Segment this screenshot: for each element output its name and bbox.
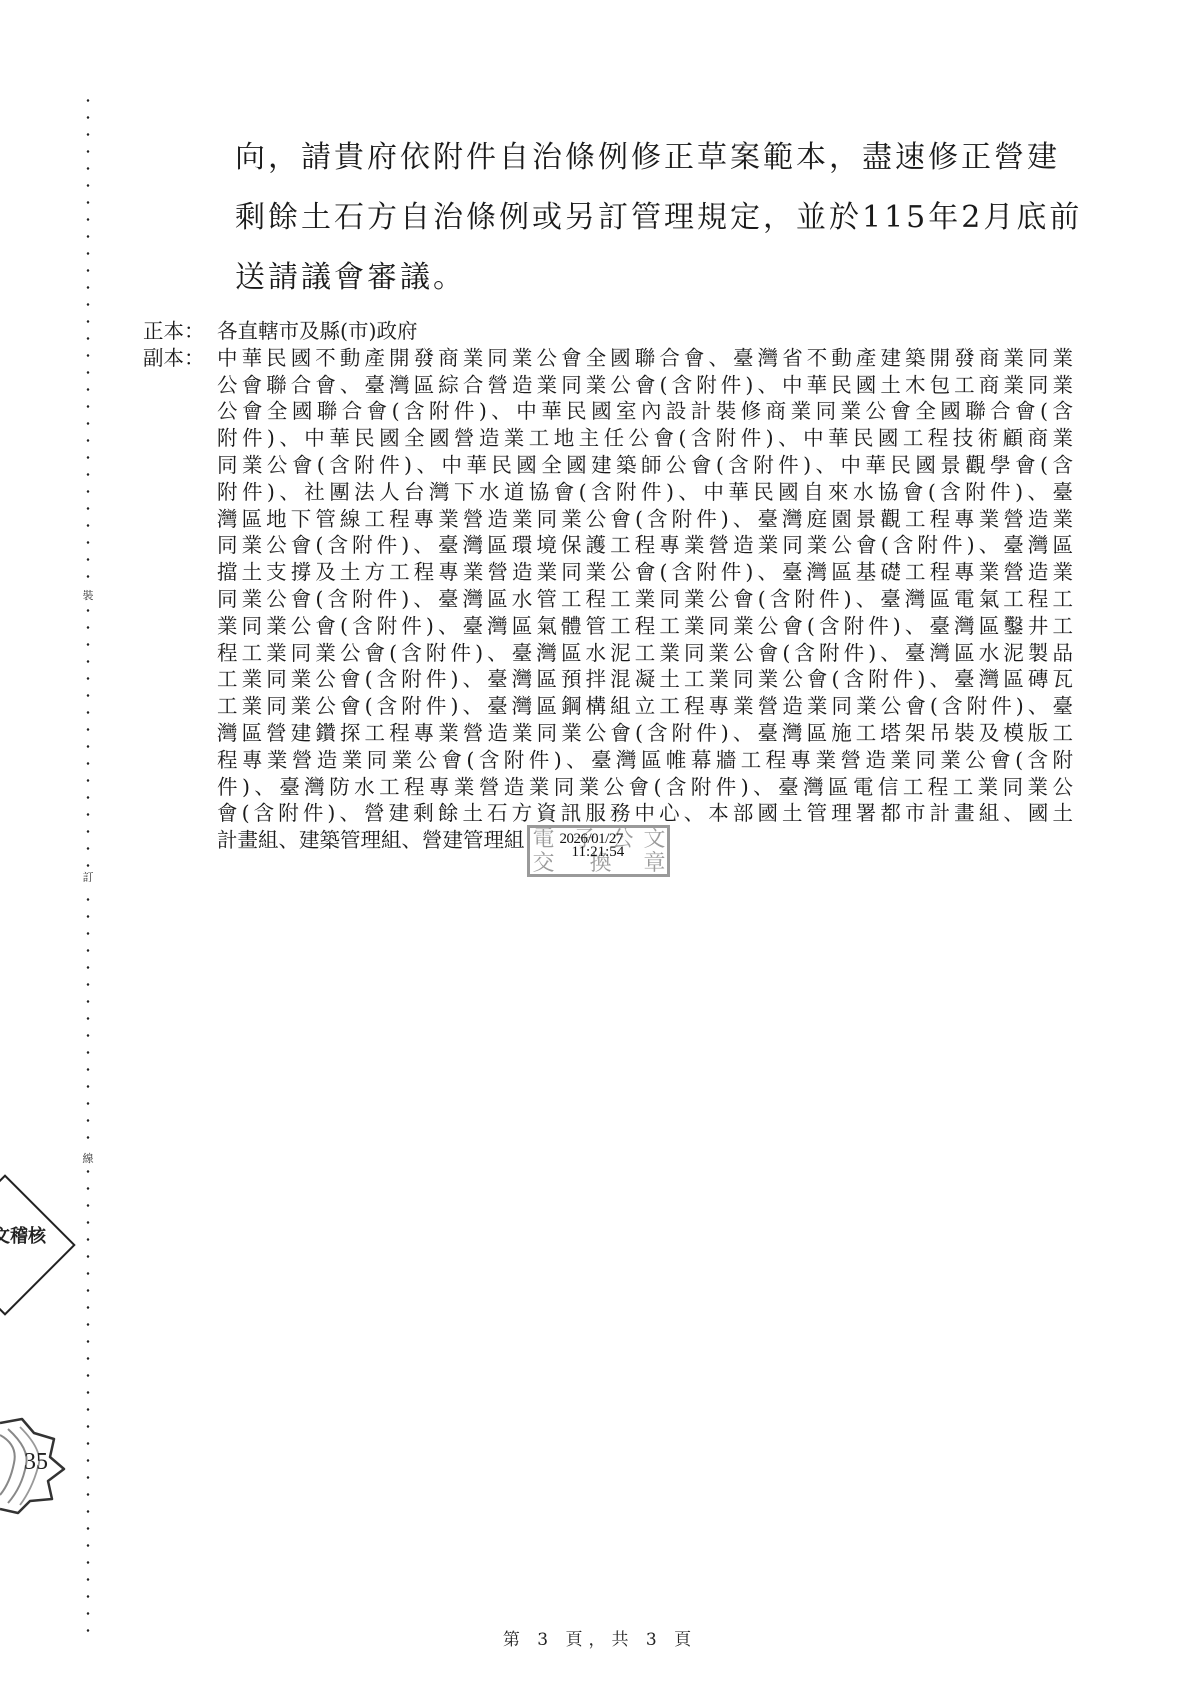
page-count-number: 35 (24, 1449, 48, 1476)
audit-seal-stamp: 公文稽核 (0, 1174, 76, 1315)
copy-recipient-line: 附件)、中華民國全國營造業工地主任公會(含附件)、中華民國工程技術顧商業 (217, 425, 1073, 452)
copy-recipient-line: 灣區營建鑽探工程專業營造業同業公會(含附件)、臺灣區施工塔架吊裝及模版工 (217, 720, 1073, 747)
body-line: 向，請貴府依附件自治條例修正草案範本，盡速修正營建 (235, 128, 1055, 188)
primary-recipient-row: 正本： 各直轄市及縣(市)政府 (143, 318, 1073, 345)
copy-recipient-line: 程工業同業公會(含附件)、臺灣區水泥工業同業公會(含附件)、臺灣區水泥製品 (217, 640, 1073, 667)
copy-recipient-line: 同業公會(含附件)、臺灣區環境保護工程專業營造業同業公會(含附件)、臺灣區 (217, 532, 1073, 559)
copy-recipient-line: 公會聯合會、臺灣區綜合營造業同業公會(含附件)、中華民國土木包工商業同業 (217, 372, 1073, 399)
binding-mark-ding: 訂 (80, 872, 96, 884)
stamp-time: 11:21:54 (572, 845, 625, 860)
copy-recipients-label: 副本： (143, 345, 217, 877)
page-count-seal: 35 (0, 1405, 70, 1515)
binding-mark-zhuang: 裝 (80, 590, 96, 602)
binding-mark-xian: 線 (80, 1153, 96, 1165)
copy-recipient-line: 灣區地下管線工程專業營造業同業公會(含附件)、臺灣庭園景觀工程專業營造業 (217, 506, 1073, 533)
copy-recipients-row: 副本： 中華民國不動產開發商業同業公會全國聯合會、臺灣省不動產建築開發商業同業 … (143, 345, 1073, 877)
copy-recipient-line: 程專業營造業同業公會(含附件)、臺灣區帷幕牆工程專業營造業同業公會(含附 (217, 747, 1073, 774)
copy-recipient-line: 附件)、社團法人台灣下水道協會(含附件)、中華民國自來水協會(含附件)、臺 (217, 479, 1073, 506)
binding-dotted-line (86, 92, 90, 1632)
stamp-char: 電 (533, 829, 555, 851)
audit-seal-text: 公文稽核 (0, 1228, 46, 1246)
body-paragraph: 向，請貴府依附件自治條例修正草案範本，盡速修正營建 剩餘土石方自治條例或另訂管理… (235, 128, 1055, 308)
stamp-char: 交 (533, 853, 555, 875)
copy-recipient-line: 工業同業公會(含附件)、臺灣區預拌混凝土工業同業公會(含附件)、臺灣區磚瓦 (217, 666, 1073, 693)
page-number-footer: 第 3 頁，共 3 頁 (0, 1625, 1200, 1650)
copy-recipient-line: 件)、臺灣防水工程專業營造業同業公會(含附件)、臺灣區電信工程工業同業公 (217, 774, 1073, 801)
primary-recipient-label: 正本： (143, 318, 217, 345)
copy-recipient-line: 擋土支撐及土方工程專業營造業同業公會(含附件)、臺灣區基礎工程專業營造業 (217, 559, 1073, 586)
primary-recipient-text: 各直轄市及縣(市)政府 (217, 318, 1073, 345)
last-line-wrap: 計畫組、建築管理組、營建管理組 電 子 公 文 交 換 章 2026/01/27… (217, 827, 670, 877)
copy-recipient-line: 同業公會(含附件)、中華民國全國建築師公會(含附件)、中華民國景觀學會(含 (217, 452, 1073, 479)
copy-recipient-last-line: 計畫組、建築管理組、營建管理組 電 子 公 文 交 換 章 2026/01/27… (217, 827, 1073, 877)
stamp-char: 文 (644, 829, 666, 851)
copy-recipients-list: 中華民國不動產開發商業同業公會全國聯合會、臺灣省不動產建築開發商業同業 公會聯合… (217, 345, 1073, 877)
copy-recipient-line: 公會全國聯合會(含附件)、中華民國室內設計裝修商業同業公會全國聯合會(含 (217, 398, 1073, 425)
copy-recipient-line: 工業同業公會(含附件)、臺灣區鋼構組立工程專業營造業同業公會(含附件)、臺 (217, 693, 1073, 720)
copy-recipient-line: 同業公會(含附件)、臺灣區水管工程工業同業公會(含附件)、臺灣區電氣工程工 (217, 586, 1073, 613)
copy-recipient-line: 中華民國不動產開發商業同業公會全國聯合會、臺灣省不動產建築開發商業同業 (217, 345, 1073, 372)
recipients-section: 正本： 各直轄市及縣(市)政府 副本： 中華民國不動產開發商業同業公會全國聯合會… (143, 318, 1073, 877)
body-line: 剩餘土石方自治條例或另訂管理規定，並於115年2月底前 (235, 188, 1055, 248)
stamp-char: 章 (644, 853, 666, 875)
body-line: 送請議會審議。 (235, 248, 1055, 308)
electronic-exchange-stamp: 電 子 公 文 交 換 章 2026/01/27 11:21:54 (527, 825, 670, 877)
copy-recipient-last-text: 計畫組、建築管理組、營建管理組 (217, 827, 525, 854)
copy-recipient-line: 業同業公會(含附件)、臺灣區氣體管工程工業同業公會(含附件)、臺灣區鑿井工 (217, 613, 1073, 640)
copy-recipient-line: 會(含附件)、營建剩餘土石方資訊服務中心、本部國土管理署都市計畫組、國土 (217, 800, 1073, 827)
